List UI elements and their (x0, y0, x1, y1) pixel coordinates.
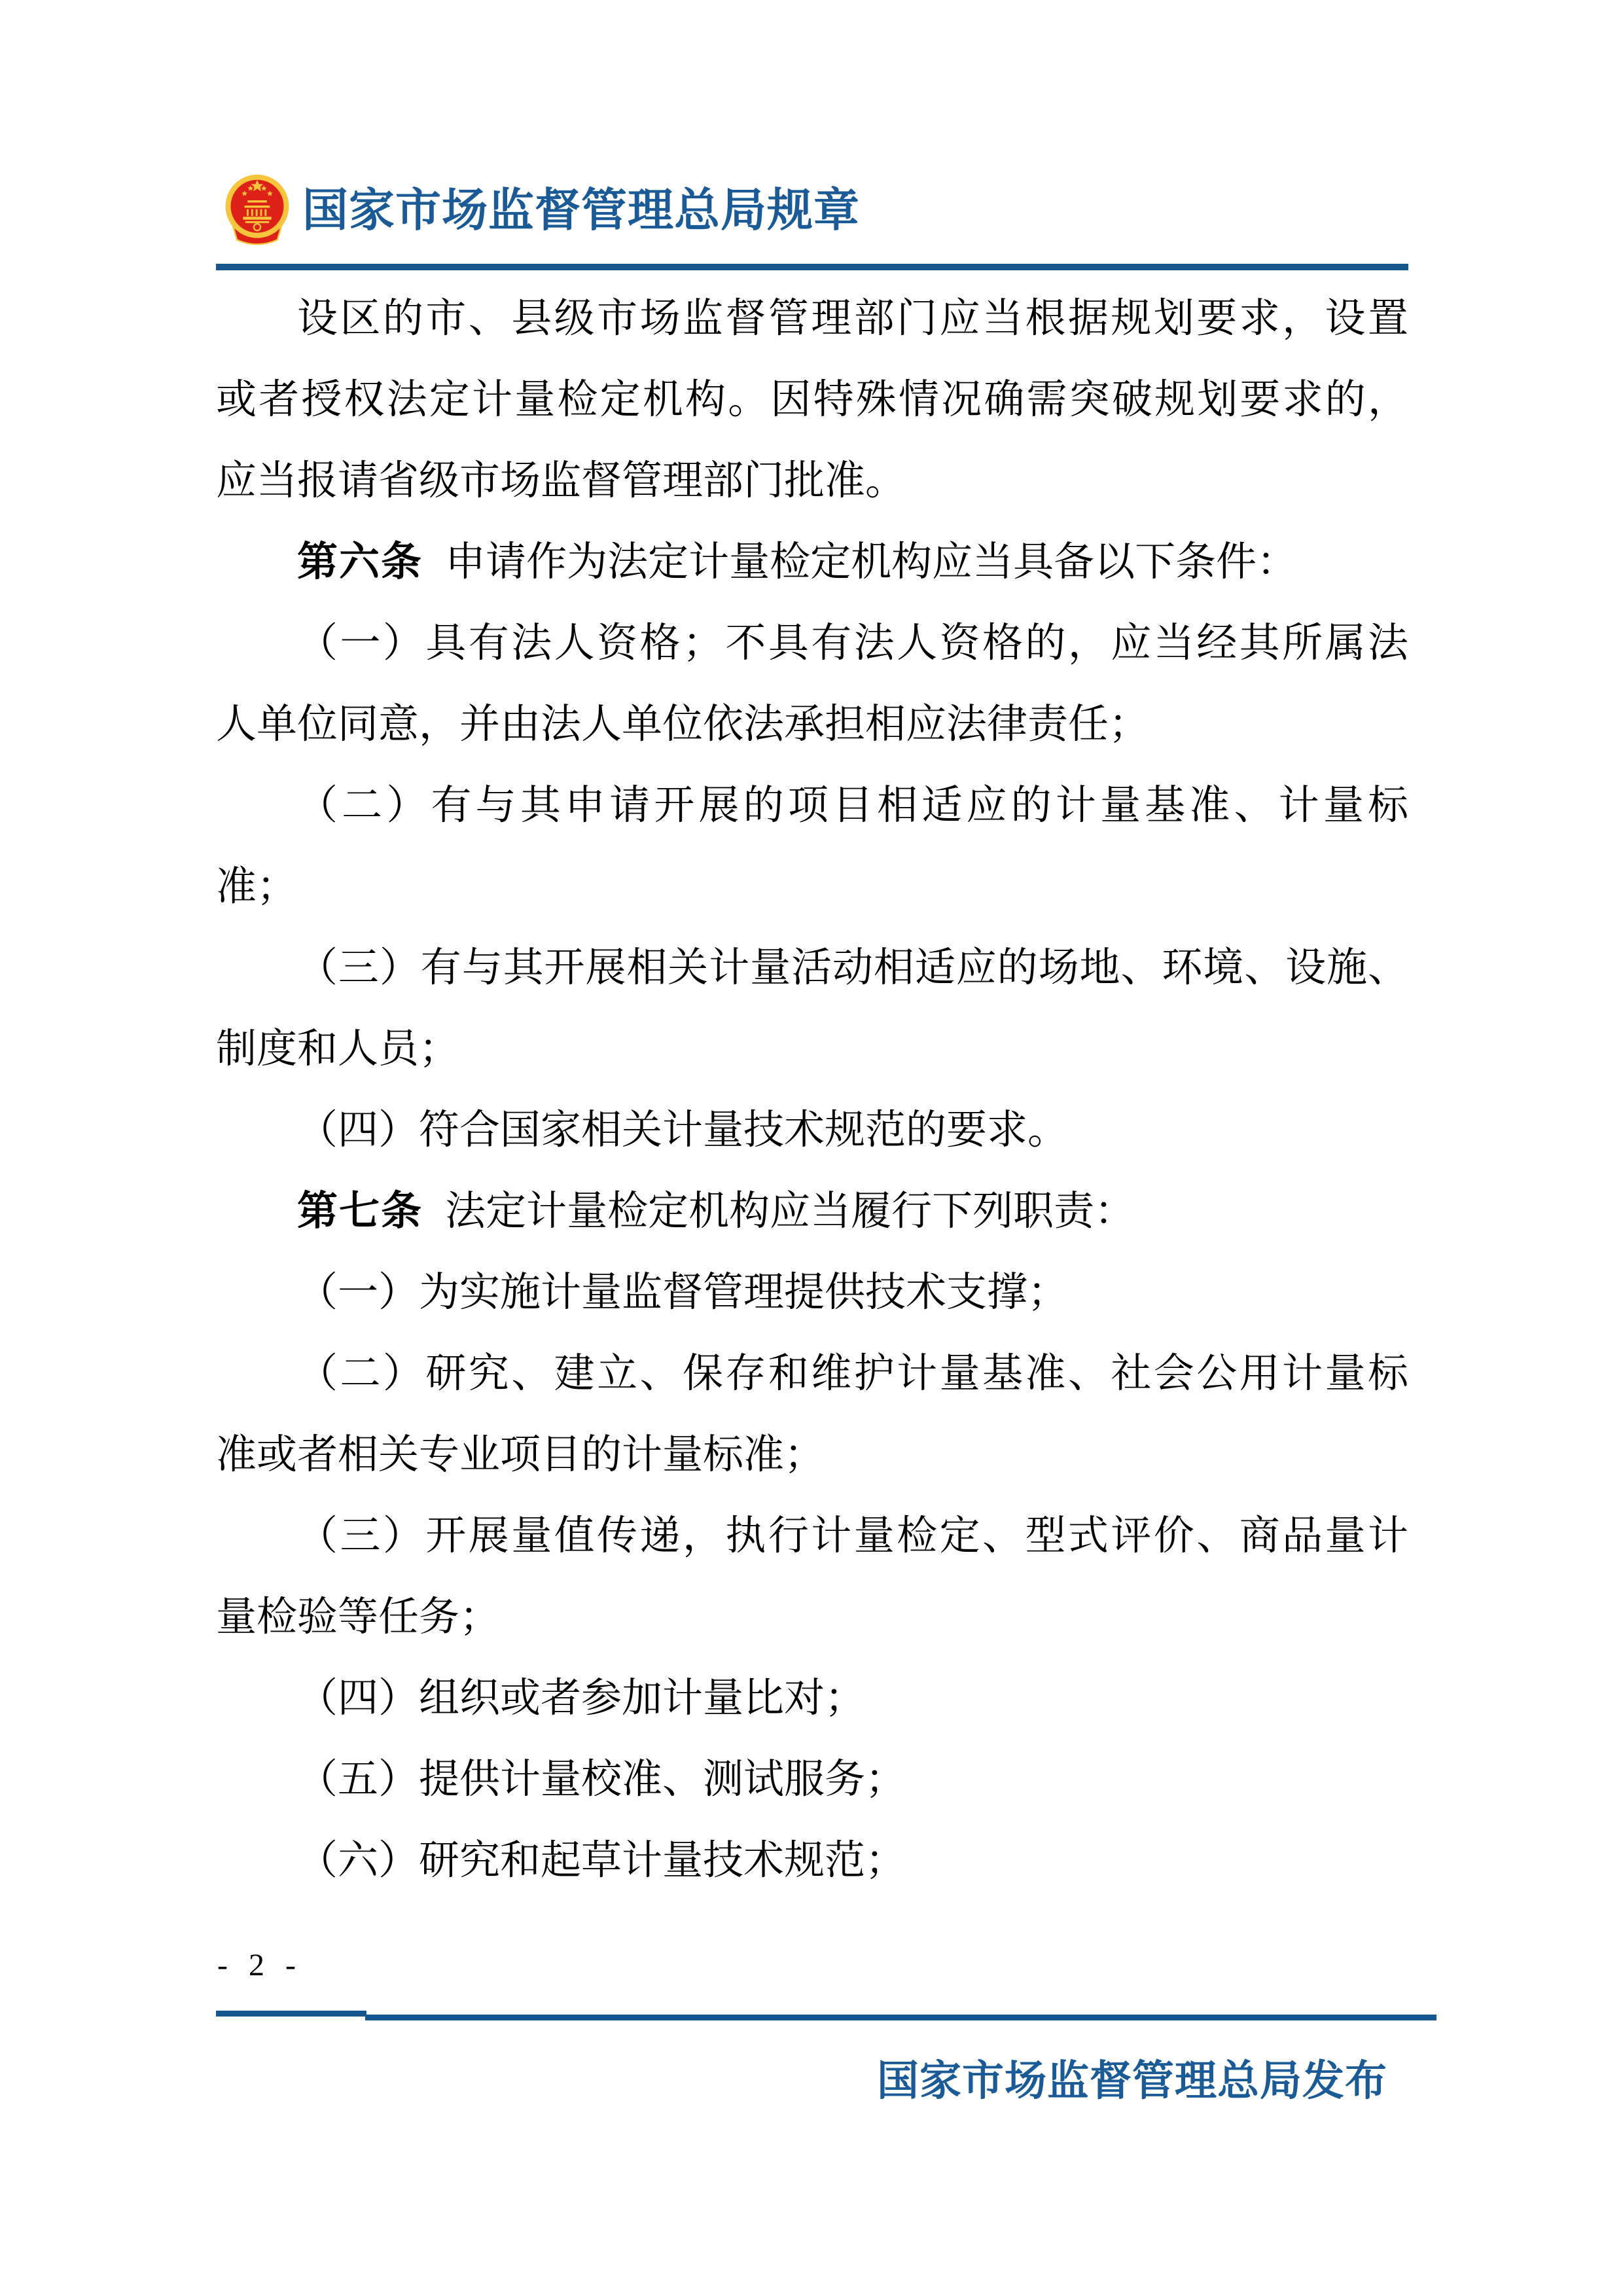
document-line: 准或者相关专业项目的计量标准； (216, 1414, 1408, 1496)
header-divider (216, 264, 1408, 270)
document-line: 应当报请省级市场监督管理部门批准。 (216, 440, 1408, 522)
article-number-label: 第七条 (297, 1189, 423, 1234)
page-title: 国家市场监督管理总局规章 (302, 175, 1408, 247)
document-body: 设区的市、县级市场监督管理部门应当根据规划要求，设置或者授权法定计量检定机构。因… (216, 278, 1408, 1901)
document-line: 量检验等任务； (216, 1577, 1408, 1658)
document-line: （六）研究和起草计量技术规范； (216, 1820, 1408, 1901)
document-line: （五）提供计量校准、测试服务； (216, 1739, 1408, 1820)
document-page: 国家市场监督管理总局规章 设区的市、县级市场监督管理部门应当根据规划要求，设置或… (0, 0, 1623, 2296)
document-line: 制度和人员； (216, 1009, 1408, 1090)
document-line: 设区的市、县级市场监督管理部门应当根据规划要求，设置 (216, 278, 1408, 359)
footer-divider-right-segment (365, 2015, 1436, 2020)
document-line: 人单位同意，并由法人单位依法承担相应法律责任； (216, 684, 1408, 765)
national-emblem-icon (220, 173, 294, 249)
document-line: （三）开展量值传递，执行计量检定、型式评价、商品量计 (216, 1496, 1408, 1577)
document-line: （一）具有法人资格；不具有法人资格的，应当经其所属法 (216, 603, 1408, 684)
document-line: （三）有与其开展相关计量活动相适应的场地、环境、设施、 (216, 927, 1408, 1009)
footer-divider-left-segment (216, 2011, 366, 2017)
footer-publisher: 国家市场监督管理总局发布 (216, 2055, 1387, 2108)
document-line: （四）符合国家相关计量技术规范的要求。 (216, 1090, 1408, 1171)
page-number: - 2 - (217, 1943, 302, 1988)
document-line: （一）为实施计量监督管理提供技术支撑； (216, 1252, 1408, 1333)
document-line: 或者授权法定计量检定机构。因特殊情况确需突破规划要求的， (216, 359, 1408, 440)
document-line: 第六条申请作为法定计量检定机构应当具备以下条件： (216, 522, 1408, 603)
document-line: （二）研究、建立、保存和维护计量基准、社会公用计量标 (216, 1333, 1408, 1414)
document-line: 第七条法定计量检定机构应当履行下列职责： (216, 1171, 1408, 1252)
document-line: （四）组织或者参加计量比对； (216, 1658, 1408, 1739)
document-line: （二）有与其申请开展的项目相适应的计量基准、计量标 (216, 765, 1408, 846)
article-number-label: 第六条 (297, 539, 423, 584)
document-line: 准； (216, 846, 1408, 927)
